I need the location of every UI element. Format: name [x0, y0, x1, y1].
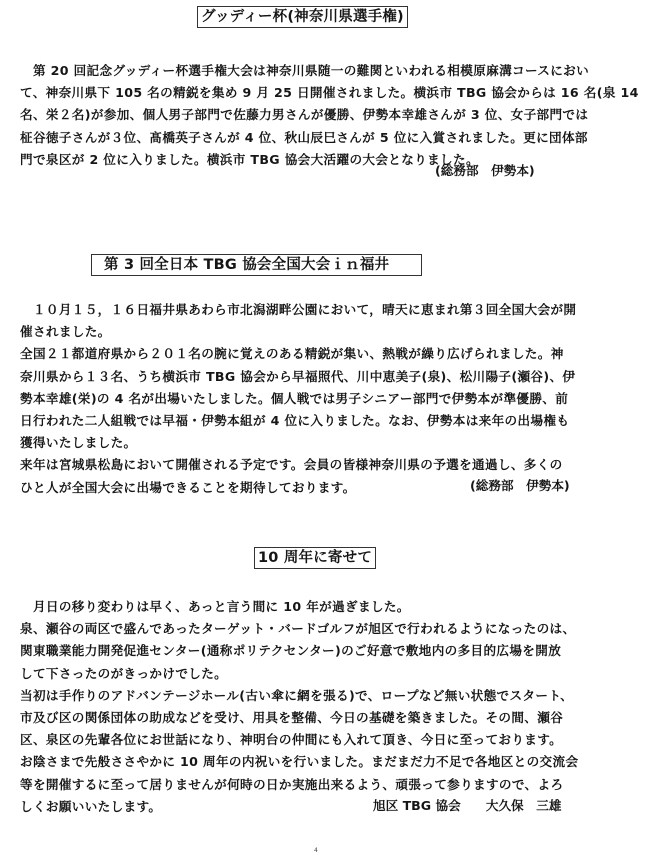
signature-national-tournament: (総務部 伊勢本)	[470, 475, 570, 497]
text-line: お陰さまで先般ささやかに 10 周年の内祝いを行いました。まだまだ力不足で各地区…	[20, 751, 620, 773]
text-line: 泉、瀬谷の両区で盛んであったターゲット・バードゴルフが旭区で行われるようになった…	[20, 618, 620, 640]
text-line: 獲得いたしました。	[20, 432, 620, 454]
signature-goodee-cup: (総務部 伊勢本)	[435, 160, 535, 182]
text-line: 来年は宮城県松島において開催される予定です。会員の皆様神奈川県の予選を通過し、多…	[20, 454, 620, 476]
text-line: 勢本幸雄(栄)の 4 名が出場いたしました。個人戦では男子シニアー部門で伊勢本が…	[20, 388, 620, 410]
text-line: 区、泉区の先輩各位にお世話になり、神明台の仲間にも入れて頂き、今日に至っておりま…	[20, 729, 620, 751]
section-title-10th-anniversary: 10 周年に寄せて	[254, 547, 376, 569]
text-line: 等を開催するに至って居りませんが何時の日か実施出来るよう、頑張って参りますので、…	[20, 774, 620, 796]
text-line: 日行われた二人組戦では早福・伊勢本組が 4 位に入りました。なお、伊勢本は来年の…	[20, 410, 620, 432]
text-line: して下さったのがきっかけでした。	[20, 663, 620, 685]
page-number: 4	[314, 847, 318, 854]
signature-10th-anniversary: 旭区 TBG 協会 大久保 三雄	[373, 795, 561, 817]
text-line: 市及び区の関係団体の助成などを受け、用具を整備、今日の基礎を築きました。その間、…	[20, 707, 620, 729]
text-line: て、神奈川県下 105 名の精鋭を集め 9 月 25 日開催されました。横浜市 …	[20, 82, 620, 104]
text-line: 催されました。	[20, 321, 620, 343]
section-title-national-tournament: 第 3 回全日本 TBG 協会全国大会ｉｎ福井	[91, 254, 422, 276]
text-line: 関東職業能力開発促進センター(通称ポリテクセンター)のご好意で敷地内の多目的広場…	[20, 640, 620, 662]
text-line: 柾谷徳子さんが３位、髙橋英子さんが 4 位、秋山辰巳さんが 5 位に入賞されまし…	[20, 127, 620, 149]
text-line: 当初は手作りのアドバンテージホール(古い傘に網を張る)で、ロープなど無い状態でス…	[20, 685, 620, 707]
section-body-goodee-cup: 第 20 回記念グッディー杯選手権大会は神奈川県随一の難関といわれる相模原麻溝コ…	[20, 60, 620, 171]
section-title-goodee-cup: グッディー杯(神奈川県選手権)	[197, 6, 408, 28]
text-line: 第 20 回記念グッディー杯選手権大会は神奈川県随一の難関といわれる相模原麻溝コ…	[20, 60, 620, 82]
text-line: 全国２１都道府県から２０１名の腕に覚えのある精鋭が集い、熱戦が繰り広げられました…	[20, 343, 620, 365]
section-body-10th-anniversary: 月日の移り変わりは早く、あっと言う間に 10 年が過ぎました。 泉、瀬谷の両区で…	[20, 596, 620, 818]
text-line: 奈川県から１３名、うち横浜市 TBG 協会から早福照代、川中恵美子(泉)、松川陽…	[20, 366, 620, 388]
section-body-national-tournament: １０月１５，１６日福井県あわら市北潟湖畔公園において，晴天に恵まれ第３回全国大会…	[20, 299, 620, 499]
text-line: 月日の移り変わりは早く、あっと言う間に 10 年が過ぎました。	[20, 596, 620, 618]
text-line: 名、栄２名)が参加、個人男子部門で佐藤力男さんが優勝、伊勢本幸雄さんが 3 位、…	[20, 104, 620, 126]
text-line: １０月１５，１６日福井県あわら市北潟湖畔公園において，晴天に恵まれ第３回全国大会…	[20, 299, 620, 321]
